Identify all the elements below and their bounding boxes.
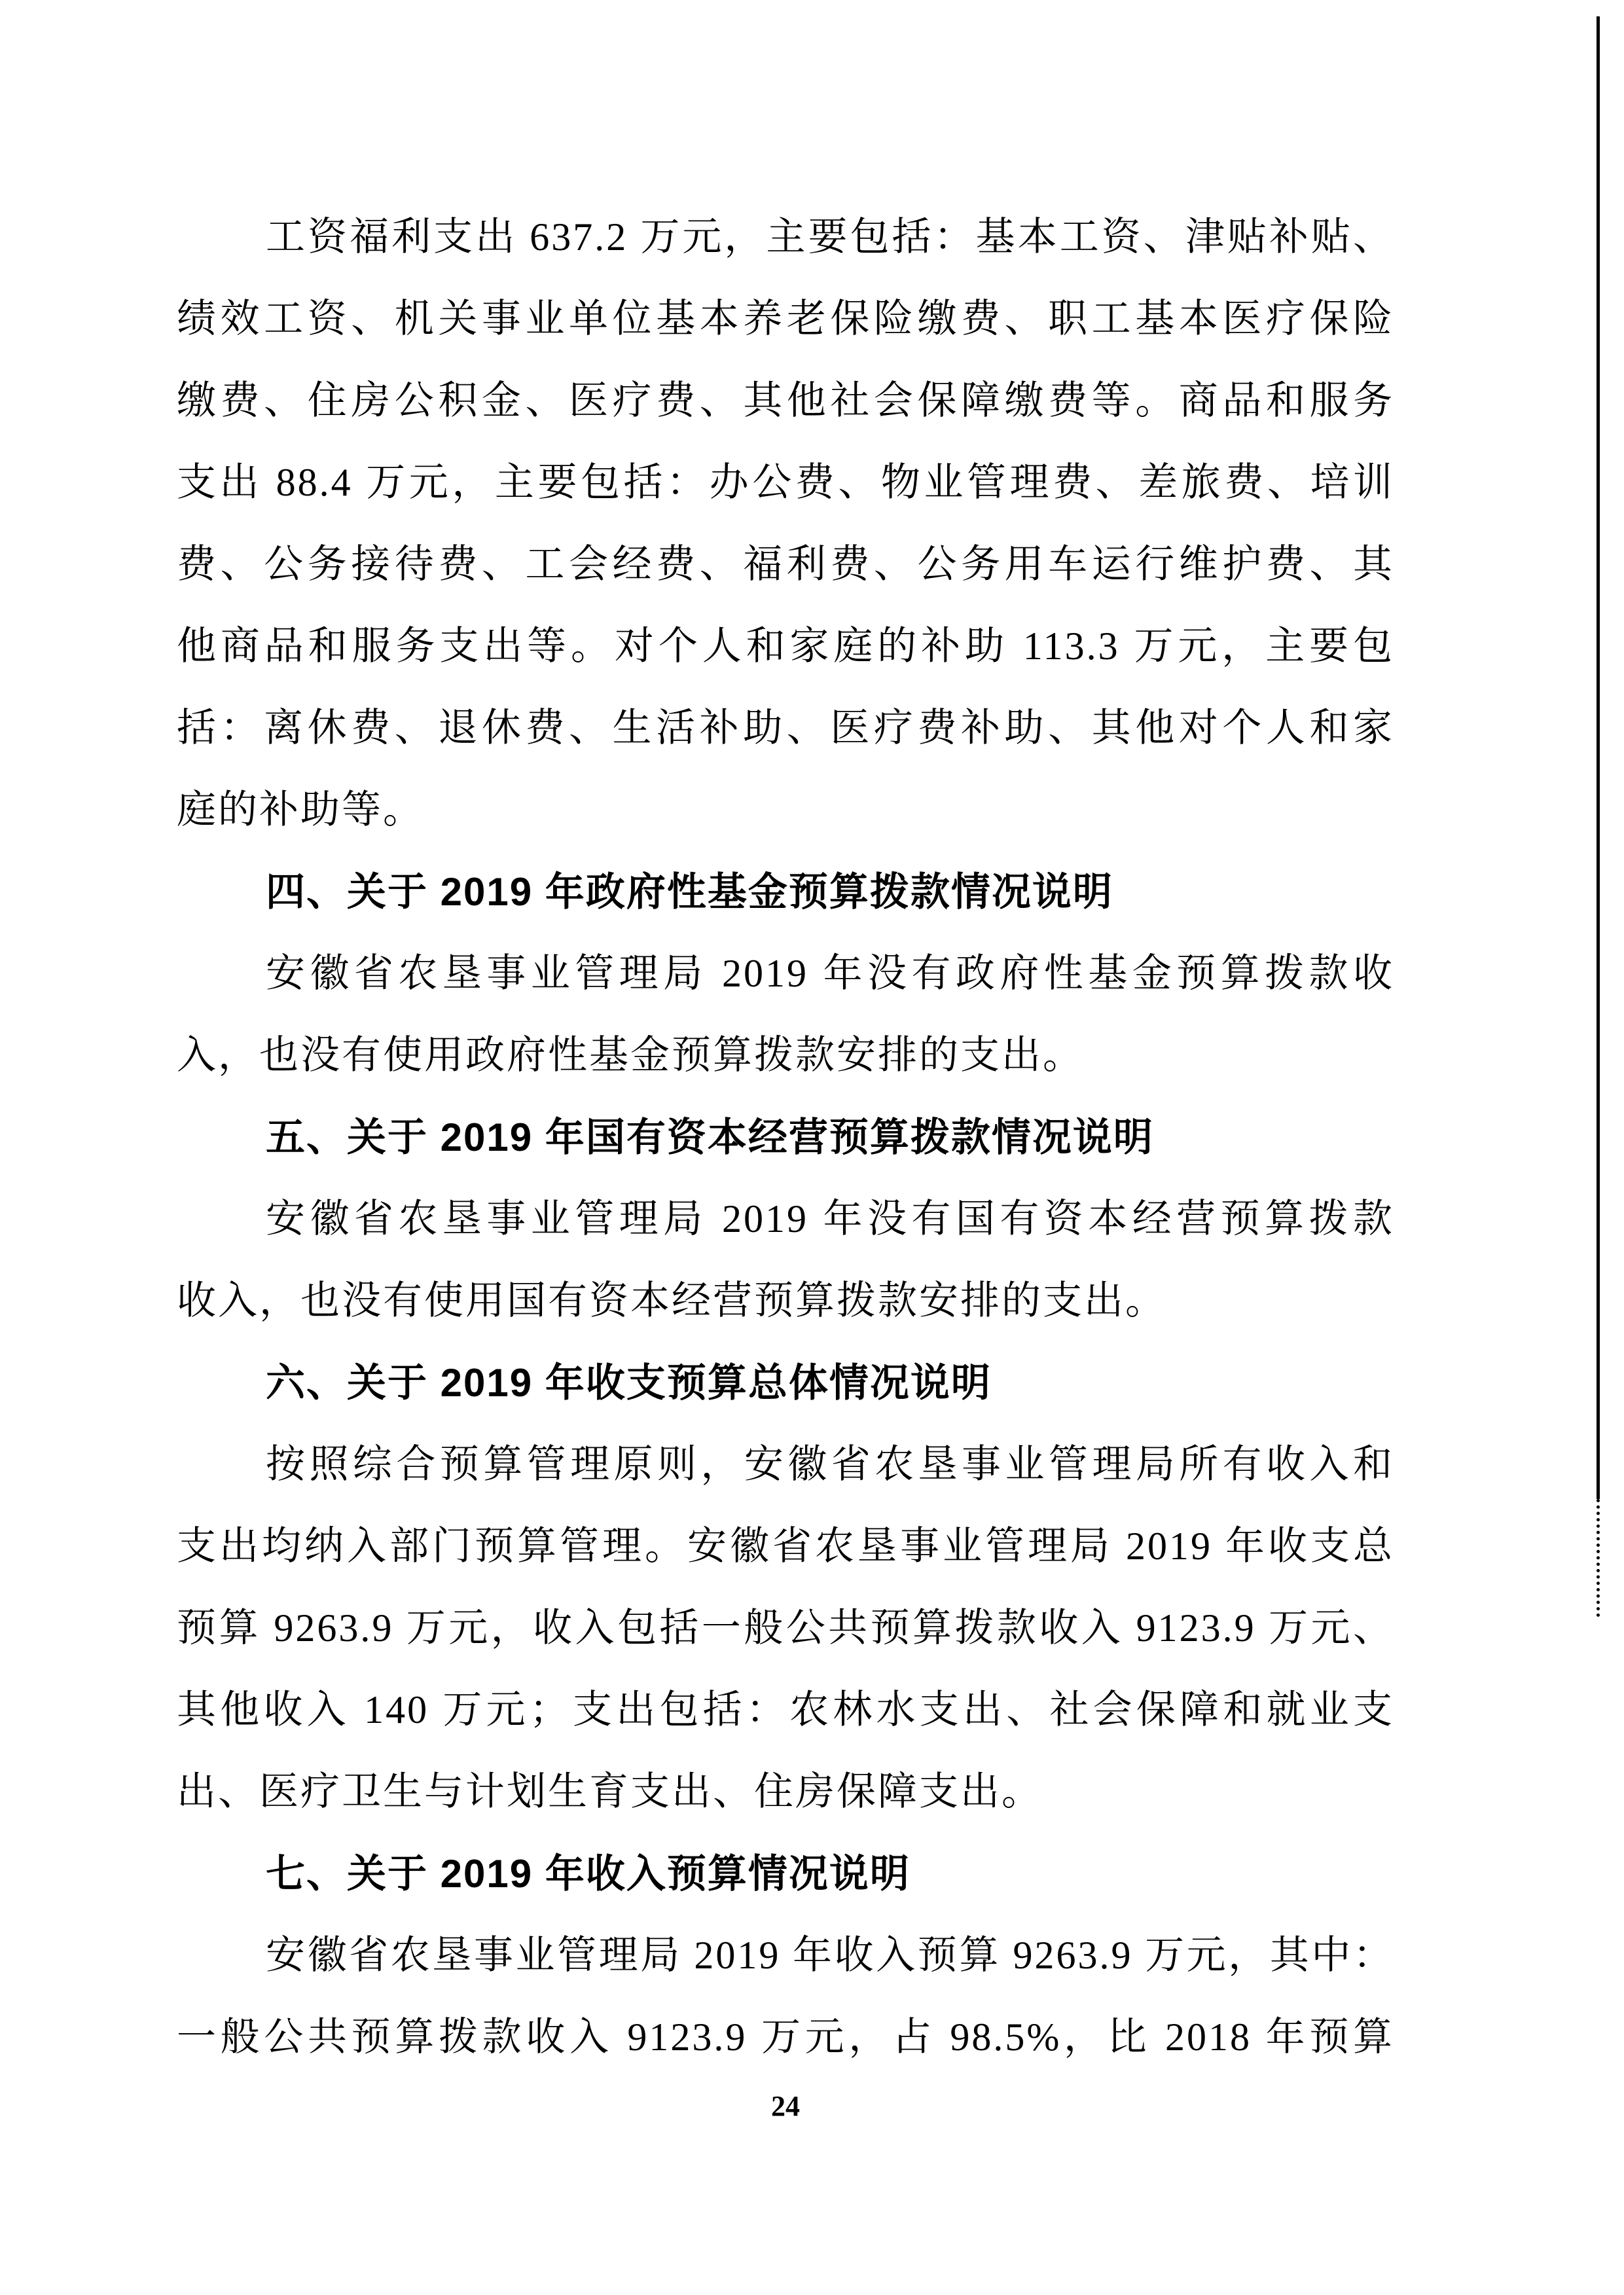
body-line-10: 安徽省农垦事业管理局 2019 年没有政府性基金预算拨款收 <box>177 933 1394 1015</box>
scan-artifact-line <box>1597 16 1600 1499</box>
body-line-13: 安徽省农垦事业管理局 2019 年没有国有资本经营预算拨款 <box>177 1178 1394 1260</box>
scan-artifact-dots <box>1597 1499 1600 1617</box>
body-line-2: 绩效工资、机关事业单位基本养老保险缴费、职工基本医疗保险 <box>177 278 1394 360</box>
body-line-20: 出、医疗卫生与计划生育支出、住房保障支出。 <box>177 1751 1394 1833</box>
body-line-4: 支出 88.4 万元，主要包括：办公费、物业管理费、差旅费、培训 <box>177 442 1394 524</box>
body-line-1: 工资福利支出 637.2 万元，主要包括：基本工资、津贴补贴、 <box>177 196 1394 278</box>
body-line-18: 预算 9263.9 万元，收入包括一般公共预算拨款收入 9123.9 万元、 <box>177 1587 1394 1669</box>
heading-section-7: 七、关于 2019 年收入预算情况说明 <box>177 1833 1394 1915</box>
heading-section-6: 六、关于 2019 年收支预算总体情况说明 <box>177 1342 1394 1424</box>
heading-section-5: 五、关于 2019 年国有资本经营预算拨款情况说明 <box>177 1096 1394 1178</box>
body-line-3: 缴费、住房公积金、医疗费、其他社会保障缴费等。商品和服务 <box>177 360 1394 442</box>
body-line-19: 其他收入 140 万元；支出包括：农林水支出、社会保障和就业支 <box>177 1669 1394 1751</box>
body-line-8: 庭的补助等。 <box>177 769 1394 851</box>
body-line-6: 他商品和服务支出等。对个人和家庭的补助 113.3 万元，主要包 <box>177 605 1394 687</box>
body-line-23: 一般公共预算拨款收入 9123.9 万元，占 98.5%，比 2018 年预算 <box>177 1997 1394 2078</box>
body-line-16: 按照综合预算管理原则，安徽省农垦事业管理局所有收入和 <box>177 1424 1394 1506</box>
document-page: { "page": { "background": "#ffffff", "in… <box>0 0 1624 2295</box>
body-line-5: 费、公务接待费、工会经费、福利费、公务用车运行维护费、其 <box>177 524 1394 605</box>
body-line-22: 安徽省农垦事业管理局 2019 年收入预算 9263.9 万元，其中： <box>177 1915 1394 1997</box>
heading-section-4: 四、关于 2019 年政府性基金预算拨款情况说明 <box>177 851 1394 933</box>
body-line-14: 收入，也没有使用国有资本经营预算拨款安排的支出。 <box>177 1260 1394 1342</box>
text-block: 工资福利支出 637.2 万元，主要包括：基本工资、津贴补贴、 绩效工资、机关事… <box>177 196 1394 2078</box>
page-number: 24 <box>177 2089 1394 2123</box>
body-line-7: 括：离休费、退休费、生活补助、医疗费补助、其他对个人和家 <box>177 687 1394 769</box>
body-line-11: 入，也没有使用政府性基金预算拨款安排的支出。 <box>177 1015 1394 1096</box>
body-line-17: 支出均纳入部门预算管理。安徽省农垦事业管理局 2019 年收支总 <box>177 1506 1394 1587</box>
